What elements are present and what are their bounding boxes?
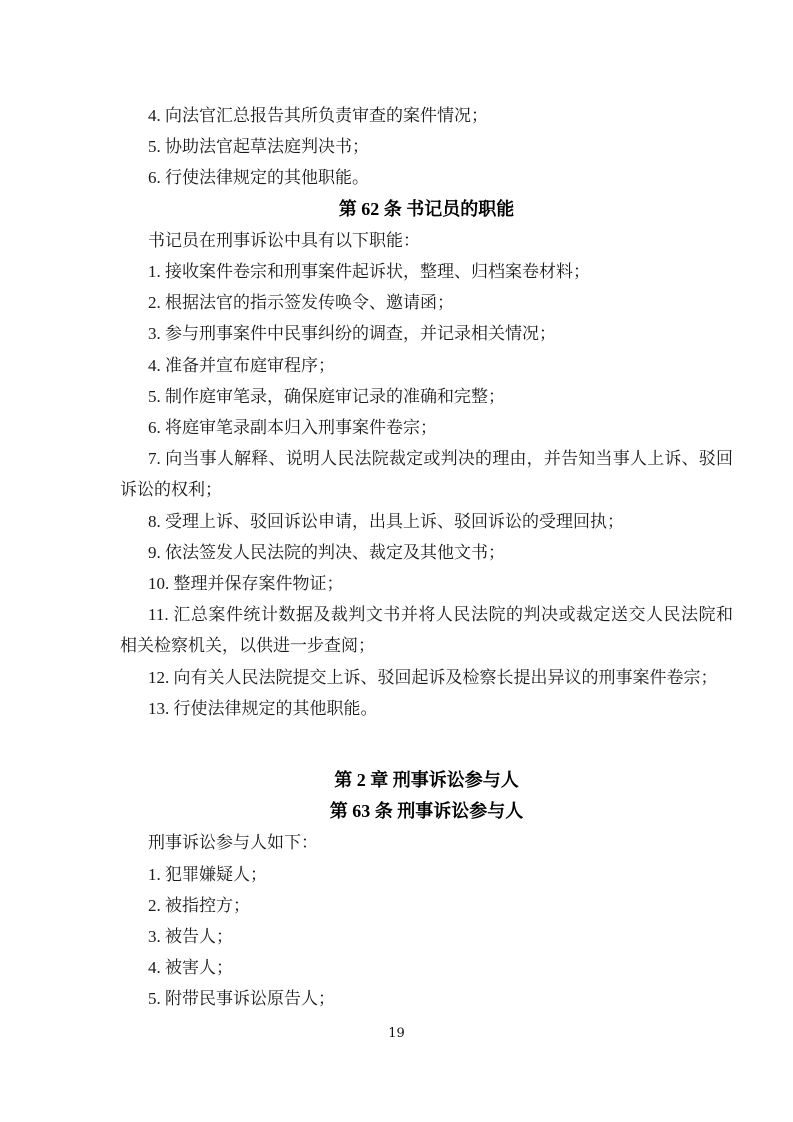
list-item: 10. 整理并保存案件物证； [120, 568, 733, 599]
list-item: 1. 犯罪嫌疑人； [120, 859, 733, 890]
list-item: 4. 被害人； [120, 952, 733, 983]
paragraph: 刑事诉讼参与人如下： [120, 827, 733, 858]
list-item: 12. 向有关人民法院提交上诉、驳回起诉及检察长提出异议的刑事案件卷宗； [120, 662, 733, 693]
list-item: 2. 根据法官的指示签发传唤令、邀请函； [120, 287, 733, 318]
list-item: 3. 被告人； [120, 921, 733, 952]
list-item: 13. 行使法律规定的其他职能。 [120, 693, 733, 724]
paragraph: 书记员在刑事诉讼中具有以下职能： [120, 225, 733, 256]
list-item: 4. 向法官汇总报告其所负责审查的案件情况； [120, 100, 733, 131]
list-item: 7. 向当事人解释、说明人民法院裁定或判决的理由，并告知当事人上诉、驳回诉讼的权… [120, 443, 733, 505]
article-62-heading: 第 62 条 书记员的职能 [120, 194, 733, 225]
list-item: 8. 受理上诉、驳回诉讼申请，出具上诉、驳回诉讼的受理回执； [120, 506, 733, 537]
list-item: 6. 行使法律规定的其他职能。 [120, 162, 733, 193]
list-item: 5. 协助法官起草法庭判决书； [120, 131, 733, 162]
list-item: 9. 依法签发人民法院的判决、裁定及其他文书； [120, 537, 733, 568]
article-63-heading: 第 63 条 刑事诉讼参与人 [120, 796, 733, 827]
list-item: 4. 准备并宣布庭审程序； [120, 350, 733, 381]
chapter-2-heading: 第 2 章 刑事诉讼参与人 [120, 765, 733, 796]
list-item: 2. 被指控方； [120, 890, 733, 921]
document-body: 4. 向法官汇总报告其所负责审查的案件情况； 5. 协助法官起草法庭判决书； 6… [120, 100, 733, 1015]
document-page: 4. 向法官汇总报告其所负责审查的案件情况； 5. 协助法官起草法庭判决书； 6… [0, 0, 793, 1122]
page-number: 19 [0, 1026, 793, 1041]
list-item: 5. 制作庭审笔录，确保庭审记录的准确和完整； [120, 381, 733, 412]
list-item: 1. 接收案件卷宗和刑事案件起诉状，整理、归档案卷材料； [120, 256, 733, 287]
list-item: 3. 参与刑事案件中民事纠纷的调查，并记录相关情况； [120, 318, 733, 349]
list-item: 11. 汇总案件统计数据及裁判文书并将人民法院的判决或裁定送交人民法院和相关检察… [120, 599, 733, 661]
list-item: 5. 附带民事诉讼原告人； [120, 983, 733, 1014]
list-item: 6. 将庭审笔录副本归入刑事案件卷宗； [120, 412, 733, 443]
